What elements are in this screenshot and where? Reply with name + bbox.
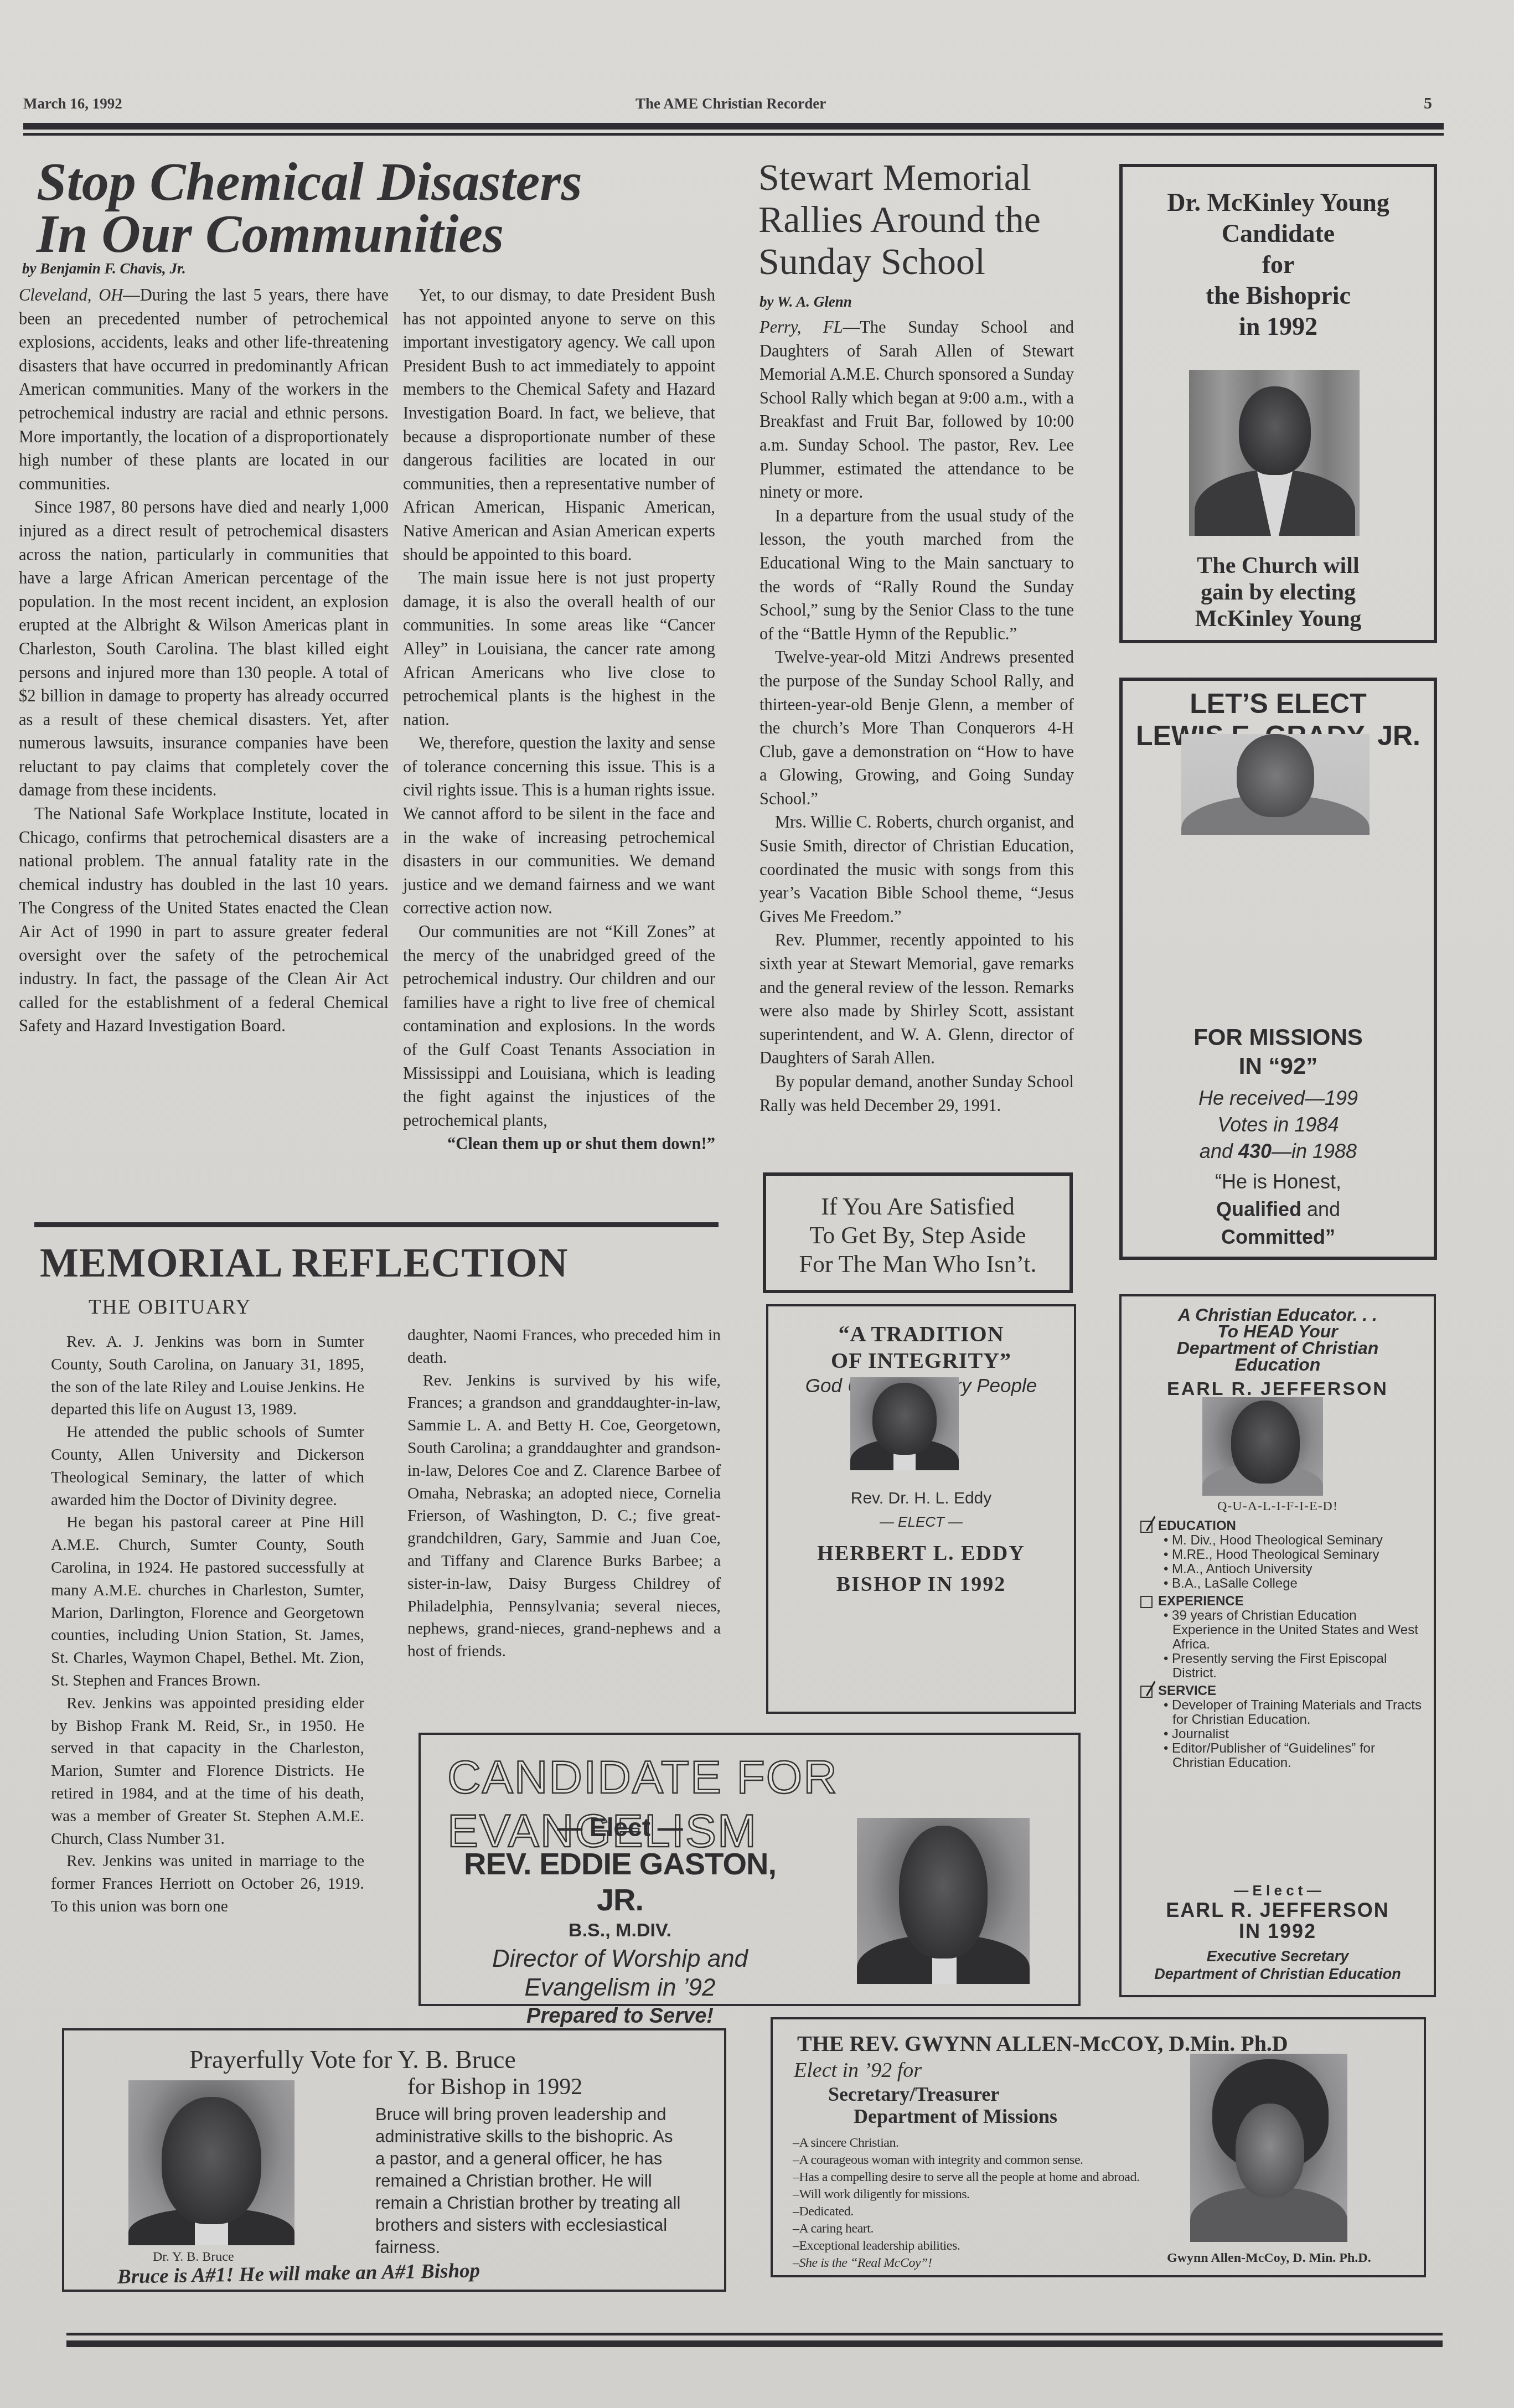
degrees: B.S., M.DIV. [443,1920,797,1941]
ad-yb-bruce: Prayerfully Vote for Y. B. Bruce for Bis… [62,2028,726,2292]
memorial-top-rule [34,1222,719,1227]
dateline: Perry, FL [759,318,843,337]
page-number: 5 [1424,94,1432,113]
headline-line-2: In Our Communities [37,208,717,260]
paragraph: In a departure from the usual study of t… [759,504,1074,646]
earl-jefferson-photo [1202,1397,1323,1496]
list-item: –Exceptional leadership abilities. [793,2238,1139,2255]
elect-label: Elect in ’92 for [794,2058,922,2083]
ad-line: the Bishopric [1123,280,1434,311]
yb-bruce-photo [128,2080,294,2245]
mckinley-young-photo [1189,370,1360,536]
checkbox-checked-icon [1140,1686,1153,1698]
checkbox-checked-icon [1140,1521,1153,1533]
footer-rule-thick [66,2340,1443,2347]
paragraph: Cleveland, OH—During the last 5 years, t… [19,283,389,495]
qualifications-list: EDUCATION • M. Div., Hood Theological Se… [1140,1519,1425,1770]
list-item: • Editor/Publisher of “Guidelines” for C… [1172,1742,1425,1770]
chemical-article-col-1: Cleveland, OH—During the last 5 years, t… [19,283,389,1038]
list-item: –She is the “Real McCoy”! [793,2255,1139,2272]
checkbox-empty-icon [1140,1596,1153,1608]
slogan: Prepared to Serve! [443,2004,797,2028]
chemical-article-headline: Stop Chemical Disasters In Our Communiti… [37,156,717,260]
obituary-col-2: daughter, Naomi Frances, who preceded hi… [407,1324,721,1663]
paragraph: Rev. Plummer, recently appointed to his … [759,928,1074,1070]
paragraph: The main issue here is not just property… [403,566,715,731]
memorial-title: MEMORIAL REFLECTION [40,1240,568,1287]
candidate-name: REV. EDDIE GASTON, JR. [443,1846,797,1918]
ad-satisfied-quote: If You Are Satisfied To Get By, Step Asi… [763,1172,1073,1293]
ad-footer-line: The Church will [1123,552,1434,579]
vote-title-1: Prayerfully Vote for Y. B. Bruce [189,2045,516,2074]
footer-title: Department of Christian Education [1122,1965,1434,1983]
header-rule-thin [23,133,1444,136]
closing-quote: “Clean them up or shut them down!” [403,1132,715,1156]
footer-year: IN 1992 [1122,1921,1434,1942]
ad-footer-line: gain by electing [1123,579,1434,606]
paragraph: Rev. Jenkins is survived by his wife, Fr… [407,1370,721,1663]
paragraph: Yet, to our dismay, to date President Bu… [403,283,715,566]
footer-rule-thin [66,2333,1443,2335]
lewis-grady-photo [1181,734,1370,835]
ad-footer-line: McKinley Young [1123,606,1434,632]
photo-caption: Dr. Y. B. Bruce [153,2250,234,2265]
ad-eddie-gaston: CANDIDATE FOR EVANGELISM — Elect — REV. … [418,1733,1081,2006]
quote-line: If You Are Satisfied [766,1192,1069,1221]
role-line: Evangelism in ’92 [443,1973,797,2002]
ad-line: Department of Christian [1122,1340,1434,1356]
newspaper-page: March 16, 1992 The AME Christian Recorde… [0,0,1514,2408]
chemical-byline: by Benjamin F. Chavis, Jr. [22,260,186,277]
ad-line: “A TRADITION [768,1321,1074,1347]
list-item: –A caring heart. [793,2220,1139,2238]
section-experience: EXPERIENCE • 39 years of Christian Educa… [1140,1594,1425,1681]
list-item: –Has a compelling desire to serve all th… [793,2169,1139,2186]
office-line: Department of Missions [854,2105,1057,2128]
dateline: Cleveland, OH [19,286,123,304]
paragraph: Perry, FL—The Sunday School and Daughter… [759,316,1074,504]
paragraph: Rev. A. J. Jenkins was born in Sumter Co… [51,1331,364,1421]
missions-line: IN “92” [1123,1052,1434,1081]
stewart-article-body: Perry, FL—The Sunday School and Daughter… [759,316,1074,1117]
ad-line: OF INTEGRITY” [768,1347,1074,1374]
section-service: SERVICE • Developer of Training Material… [1140,1684,1425,1770]
list-item: –A sincere Christian. [793,2135,1139,2152]
list-item: –Dedicated. [793,2203,1139,2220]
photo-caption: Gwynn Allen-McCoy, D. Min. Ph.D. [1167,2251,1371,2266]
list-item: –A courageous woman with integrity and c… [793,2152,1139,2169]
ad-line: Dr. McKinley Young [1123,187,1434,218]
quote-line: Committed” [1123,1223,1434,1251]
ad-line: in 1992 [1123,311,1434,342]
header-rule-thick [23,123,1444,130]
stewart-byline: by W. A. Glenn [759,293,852,311]
paragraph: Mrs. Willie C. Roberts, church organist,… [759,810,1074,928]
headline-line-1: Stop Chemical Disasters [37,156,717,208]
ad-mckinley-young: Dr. McKinley Young Candidate for the Bis… [1119,164,1437,643]
paragraph: He began his pastoral career at Pine Hil… [51,1511,364,1692]
candidate-title: THE REV. GWYNN ALLEN-McCOY, D.Min. Ph.D [797,2030,1288,2056]
ad-line: To HEAD Your [1122,1323,1434,1340]
quote-line: To Get By, Step Aside [766,1221,1069,1250]
role-line: Director of Worship and [443,1945,797,1973]
paragraph: Twelve-year-old Mitzi Andrews presented … [759,645,1074,810]
paragraph: By popular demand, another Sunday School… [759,1070,1074,1117]
obituary-col-1: Rev. A. J. Jenkins was born in Sumter Co… [51,1331,364,1918]
qualities-list: –A sincere Christian. –A courageous woma… [793,2135,1139,2272]
ad-line: Education [1122,1356,1434,1373]
photo-caption: Rev. Dr. H. L. Eddy [768,1489,1074,1508]
votes-line: Votes in 1984 [1123,1112,1434,1138]
paragraph: Our communities are not “Kill Zones” at … [403,920,715,1132]
elect-label: — E l e c t — [1122,1882,1434,1899]
quote-line: For The Man Who Isn’t. [766,1250,1069,1279]
quote-line: “He is Honest, [1123,1168,1434,1196]
paragraph: We, therefore, question the laxity and s… [403,731,715,920]
list-item: –Will work diligently for missions. [793,2186,1139,2203]
herbert-eddy-photo [850,1377,959,1470]
stewart-headline: Stewart Memorial Rallies Around the Sund… [758,156,1091,282]
missions-line: FOR MISSIONS [1123,1023,1434,1052]
list-item: • M.A., Antioch University [1164,1562,1425,1577]
office-line: Secretary/Treasurer [828,2083,999,2106]
ad-herbert-eddy: “A TRADITION OF INTEGRITY” God Uses Ordi… [766,1304,1076,1714]
section-education: EDUCATION • M. Div., Hood Theological Se… [1140,1519,1425,1591]
chemical-article-col-2: Yet, to our dismay, to date President Bu… [403,283,715,1156]
eddie-gaston-photo [857,1818,1030,1984]
votes-line: and 430—in 1988 [1123,1138,1434,1165]
footer-name: EARL R. JEFFERSON [1122,1900,1434,1921]
paragraph: He attended the public schools of Sumter… [51,1421,364,1511]
ad-earl-jefferson: A Christian Educator. . . To HEAD Your D… [1119,1294,1436,1997]
list-item: • M.RE., Hood Theological Seminary [1164,1548,1425,1562]
quote-line: Qualified and [1123,1196,1434,1223]
list-item: • 39 years of Christian Education Experi… [1172,1609,1425,1652]
list-item: • B.A., LaSalle College [1164,1577,1425,1591]
obituary-subtitle: THE OBITUARY [89,1295,251,1319]
paragraph: Since 1987, 80 persons have died and nea… [19,495,389,802]
candidate-office: BISHOP IN 1992 [768,1569,1074,1600]
ad-line: Candidate [1123,218,1434,249]
vote-title-2: for Bishop in 1992 [407,2074,582,2100]
elect-label: — Elect — [443,1812,797,1842]
list-item: • Presently serving the First Episcopal … [1172,1652,1425,1681]
publication-name: The AME Christian Recorder [635,95,826,112]
ad-gwynn-allen-mccoy: THE REV. GWYNN ALLEN-McCOY, D.Min. Ph.D … [771,2017,1426,2277]
ad-lewis-grady: LET’S ELECT LEWIS E. GRADY, JR. FOR MISS… [1119,678,1437,1260]
paragraph: The National Safe Workplace Institute, l… [19,802,389,1038]
footer-title: Executive Secretary [1122,1947,1434,1965]
votes-line: He received—199 [1123,1085,1434,1112]
issue-date: March 16, 1992 [23,95,122,112]
qualified-label: Q-U-A-L-I-F-I-E-D! [1122,1499,1434,1514]
list-item: • Journalist [1172,1727,1425,1742]
candidate-name: HERBERT L. EDDY [768,1538,1074,1569]
list-item: • M. Div., Hood Theological Seminary [1164,1533,1425,1548]
ad-line: for [1123,249,1434,280]
elect-label: — ELECT — [768,1513,1074,1531]
paragraph: Rev. Jenkins was appointed presiding eld… [51,1692,364,1851]
ad-line: A Christian Educator. . . [1122,1306,1434,1323]
gwynn-allen-mccoy-photo [1190,2054,1347,2242]
paragraph: Rev. Jenkins was united in marriage to t… [51,1850,364,1918]
bruce-description: Bruce will bring proven leadership and a… [375,2104,685,2259]
paragraph: daughter, Naomi Frances, who preceded hi… [407,1324,721,1370]
ad-line: LET’S ELECT [1123,688,1434,720]
list-item: • Developer of Training Materials and Tr… [1172,1698,1425,1727]
